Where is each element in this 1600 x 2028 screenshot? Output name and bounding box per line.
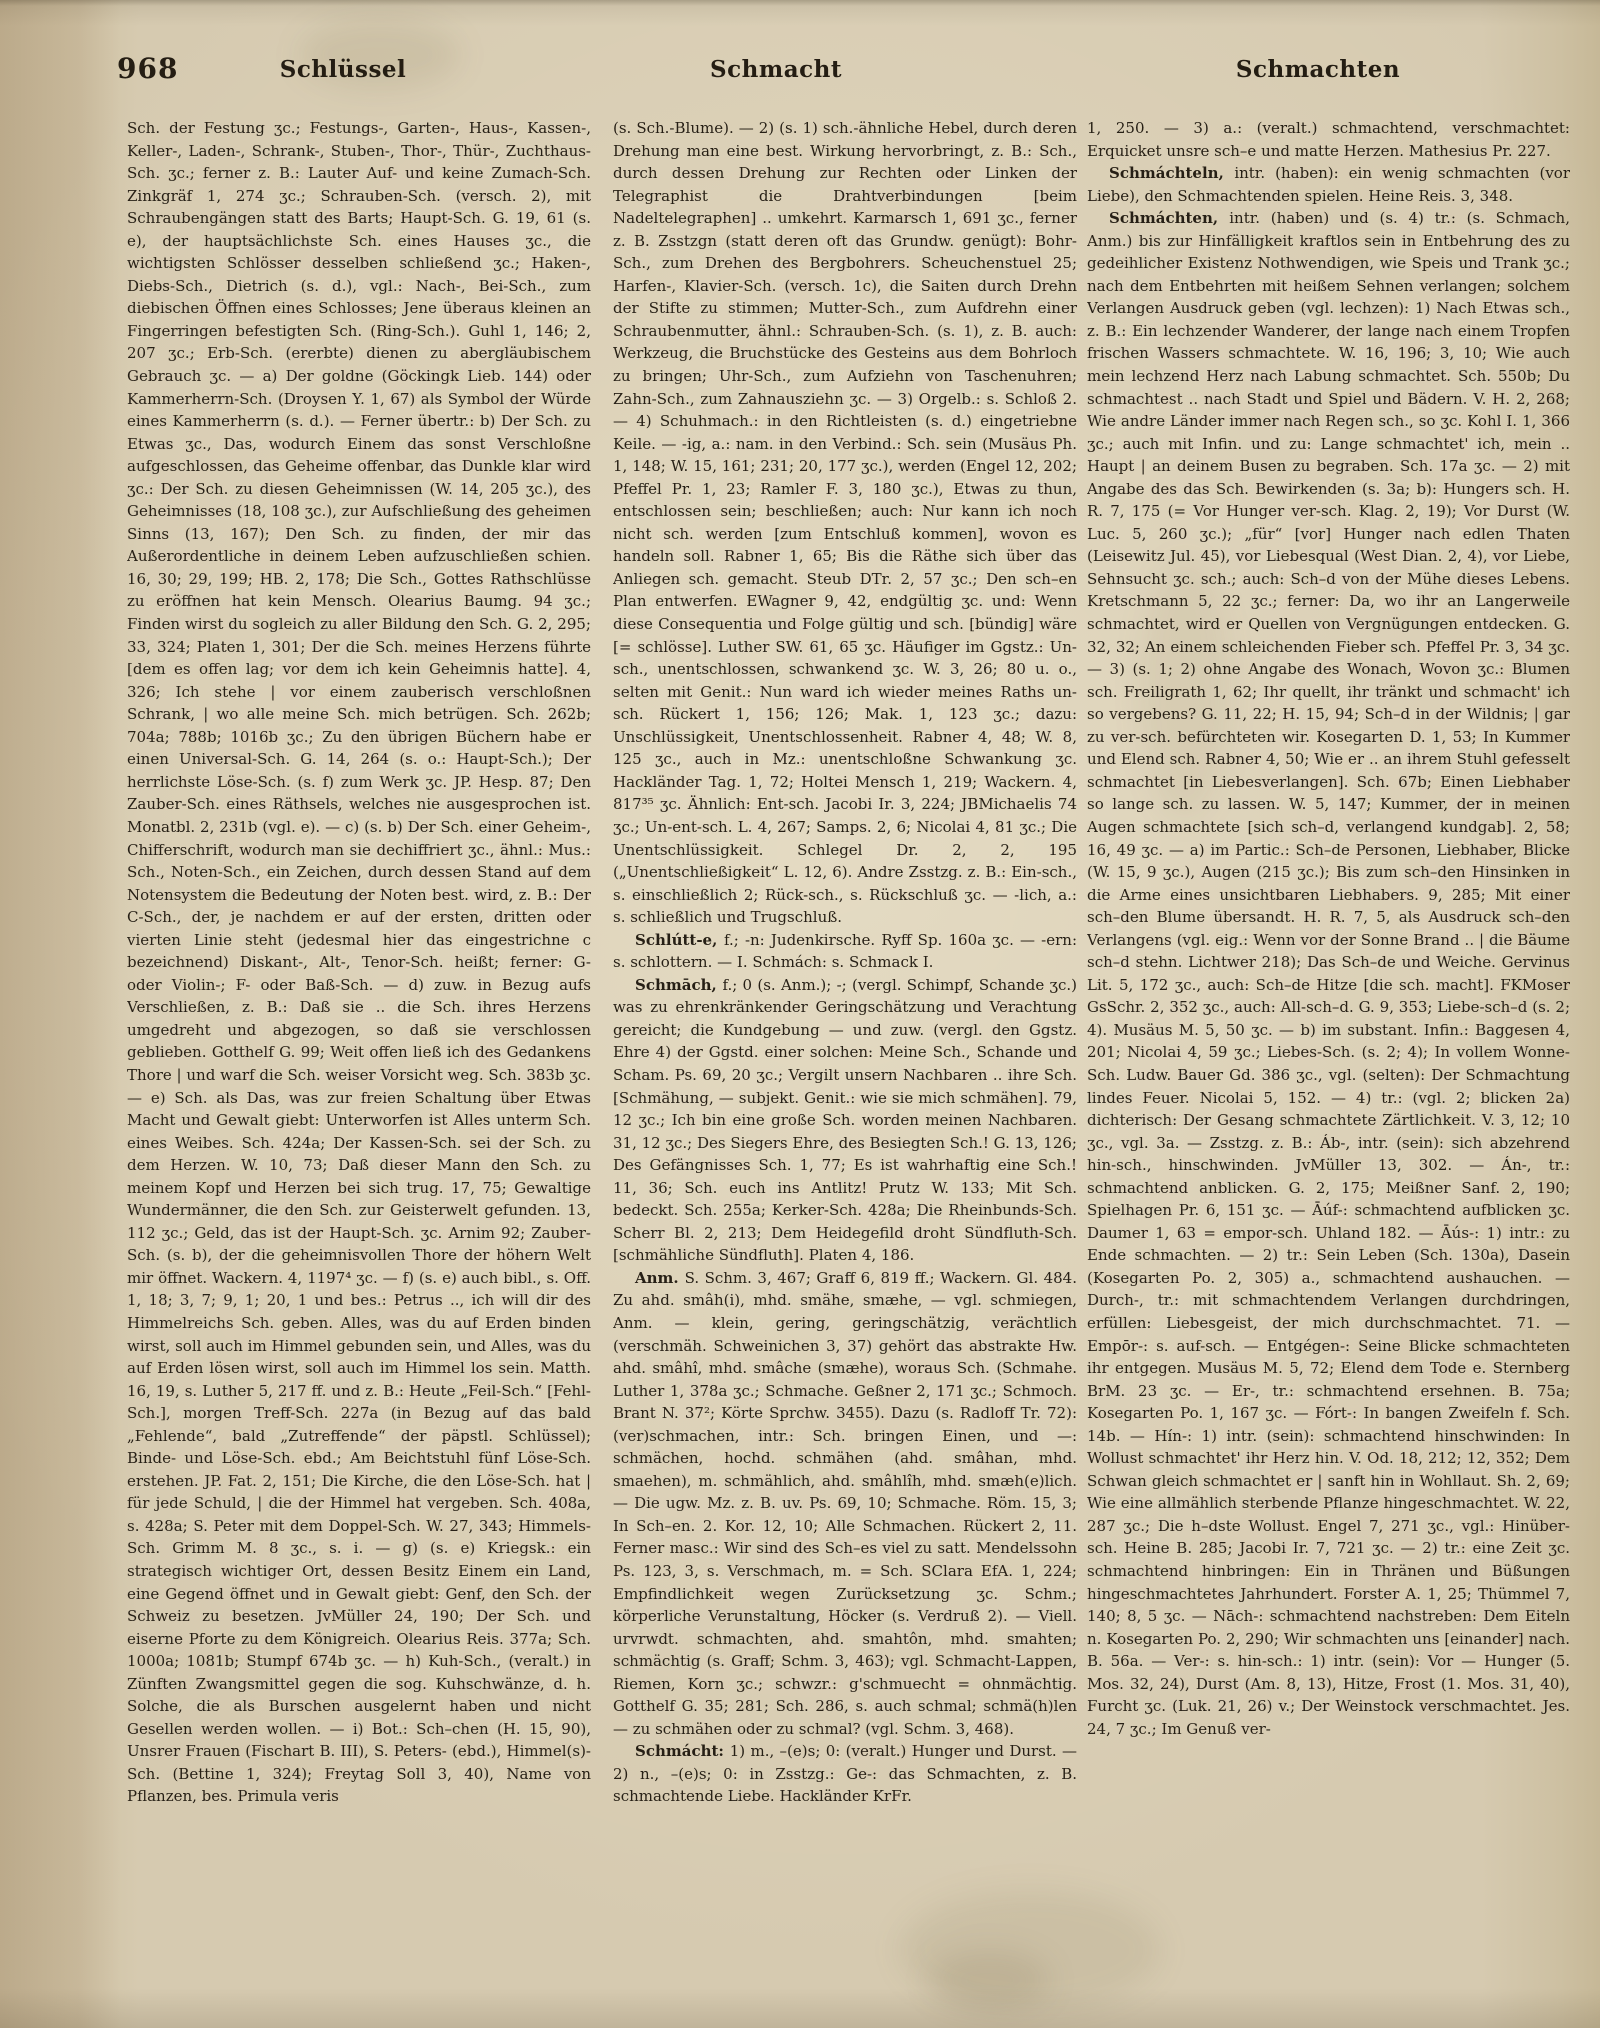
entry-headword: Anm. bbox=[635, 1269, 685, 1287]
entry-headword: Schmāch, bbox=[635, 976, 722, 994]
running-head-schluessel: Schlüssel bbox=[280, 56, 407, 83]
entry-paragraph: Schmácht: 1) m., –(e)s; 0: (veralt.) Hun… bbox=[613, 1740, 1077, 1808]
entry-paragraph: 1, 250. — 3) a.: (veralt.) schmachtend, … bbox=[1087, 117, 1570, 162]
page-number: 968 bbox=[117, 52, 178, 85]
entry-paragraph: Anm. S. Schm. 3, 467; Graff 6, 819 ff.; … bbox=[613, 1267, 1077, 1740]
entry-headword: Schmáchten, bbox=[1109, 209, 1229, 227]
entry-headword: Schmáchteln, bbox=[1109, 164, 1234, 182]
text-column-3: 1, 250. — 3) a.: (veralt.) schmachtend, … bbox=[1087, 117, 1570, 1927]
entry-paragraph: Schmáchteln, intr. (haben): ein wenig sc… bbox=[1087, 162, 1570, 207]
running-head-schmacht: Schmacht bbox=[710, 56, 842, 83]
paper-stain bbox=[930, 1950, 1050, 2010]
text-column-1: Sch. der Festung ʒc.; Festungs-, Garten-… bbox=[127, 117, 591, 1927]
entry-paragraph: Schmáchten, intr. (haben) und (s. 4) tr.… bbox=[1087, 207, 1570, 1740]
entry-paragraph: Schmāch, f.; 0 (s. Anm.); -; (vergl. Sch… bbox=[613, 974, 1077, 1267]
entry-headword: Schmácht: bbox=[635, 1742, 730, 1760]
text-column-2: (s. Sch.-Blume). — 2) (s. 1) sch.-ähnlic… bbox=[613, 117, 1077, 1927]
running-head-schmachten: Schmachten bbox=[1236, 56, 1400, 83]
entry-paragraph: Schlútt-e, f.; -n: Judenkirsche. Ryff Sp… bbox=[613, 929, 1077, 974]
entry-headword: Schlútt-e, bbox=[635, 931, 724, 949]
entry-paragraph: Sch. der Festung ʒc.; Festungs-, Garten-… bbox=[127, 117, 591, 1808]
entry-paragraph: (s. Sch.-Blume). — 2) (s. 1) sch.-ähnlic… bbox=[613, 117, 1077, 929]
scanned-dictionary-page: { "page": { "number": "968" }, "running_… bbox=[0, 0, 1600, 2028]
